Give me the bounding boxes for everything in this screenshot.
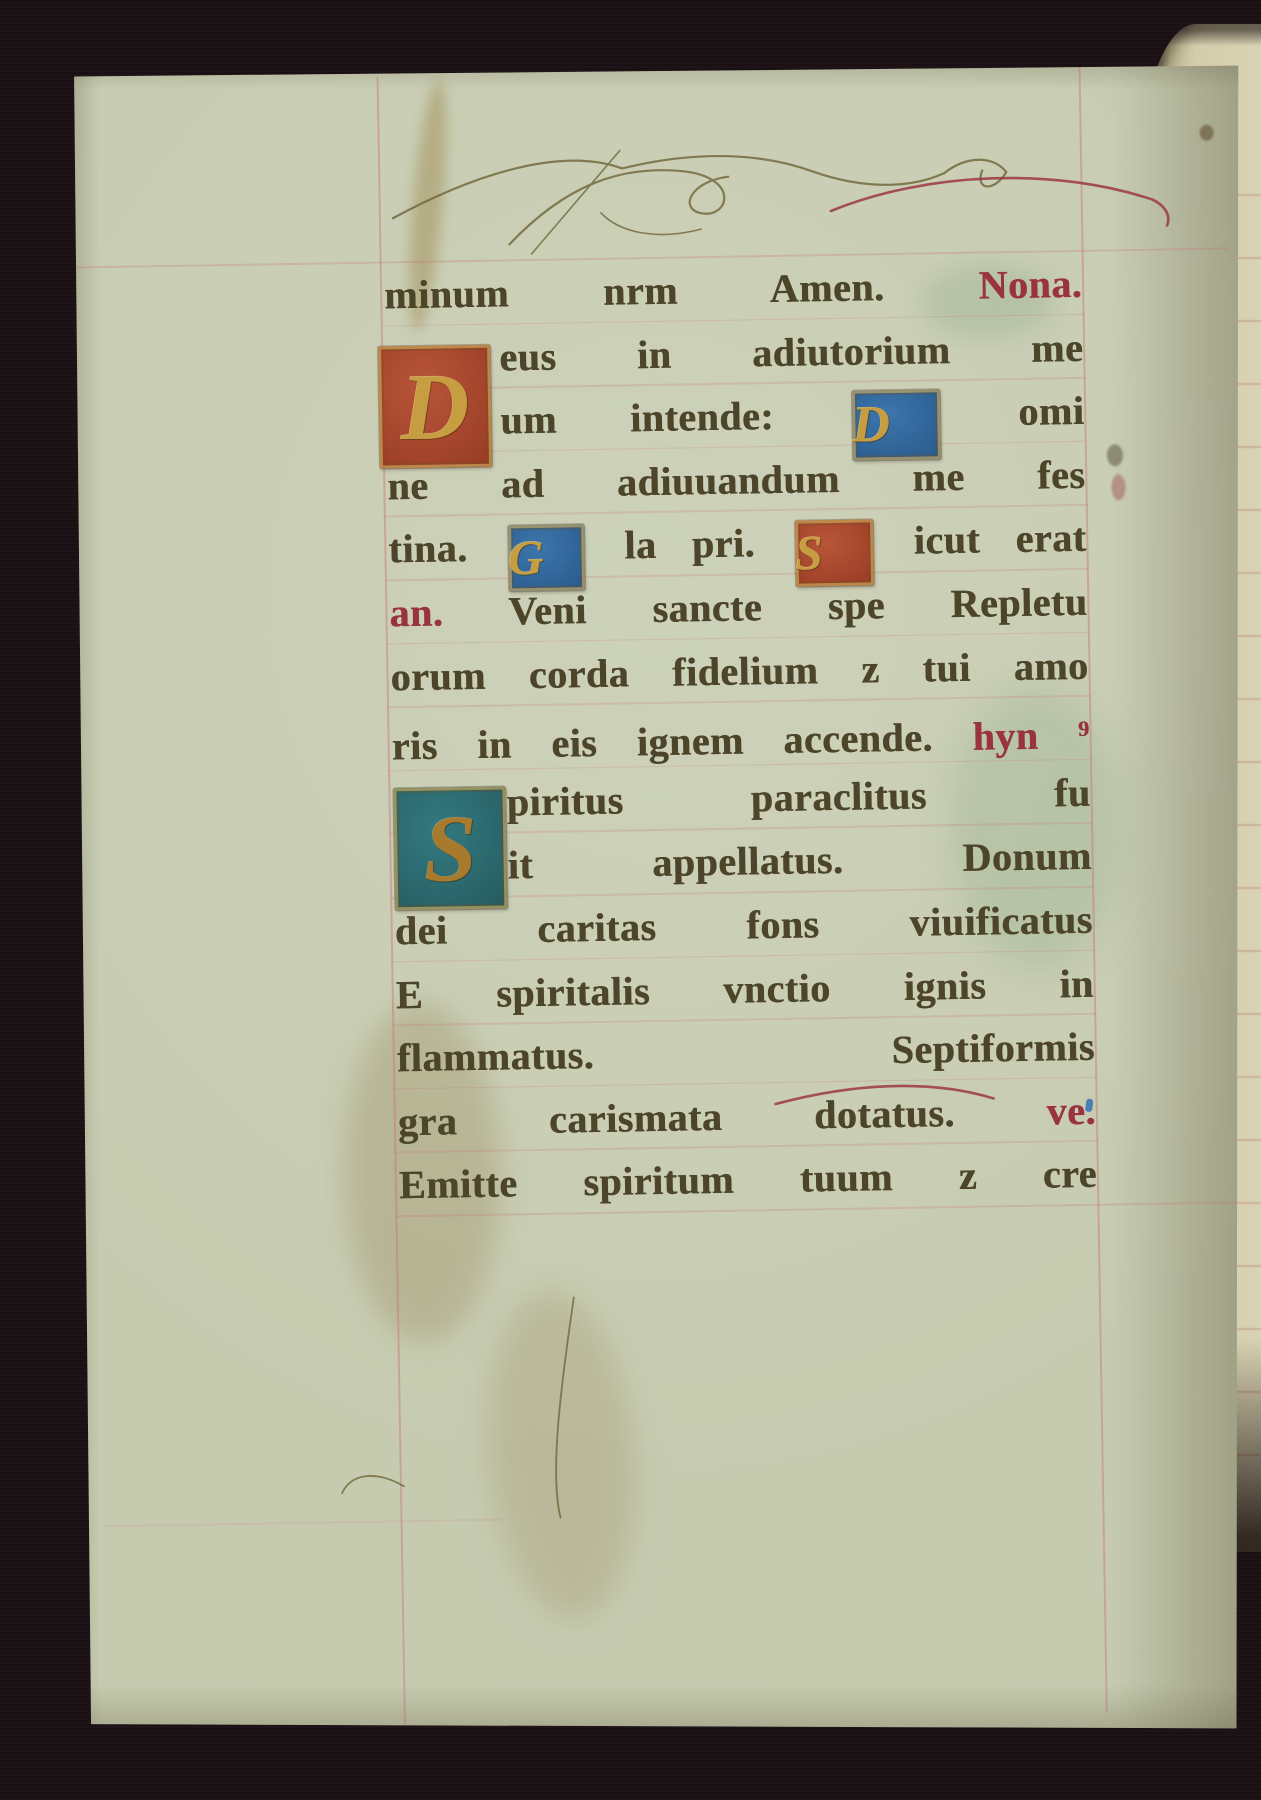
text-run: icut erat xyxy=(913,515,1086,563)
text-run: tina. xyxy=(388,525,468,571)
ruling-line xyxy=(103,1519,503,1527)
manuscript-page: minum nrm Amen. Nona. eus in adiutorium … xyxy=(70,64,1240,1730)
text-run: Emitte spiritum tuum z cre xyxy=(399,1151,1098,1208)
descender-hairline xyxy=(553,1297,577,1517)
rubric-run: hyn xyxy=(972,713,1039,759)
text-line-1: minum nrm Amen. Nona. xyxy=(384,252,1083,328)
initial-letter: S xyxy=(393,786,507,910)
text-run: ris in eis ignem accende. xyxy=(391,715,933,769)
text-line-7: orum corda fidelium z tui amo xyxy=(390,633,1089,709)
text-run: gra carismata dotatus. xyxy=(398,1090,956,1144)
text-line-9: piritus paraclitus fu xyxy=(506,761,1091,835)
text-line-13: flammatus. Septiformis xyxy=(396,1015,1095,1091)
parchment-stain xyxy=(475,1285,648,1626)
text-run: um intende: xyxy=(500,393,774,443)
e-swash xyxy=(342,1475,404,1493)
rubric-run: Nona. xyxy=(978,261,1082,308)
ruling-lines xyxy=(58,54,1228,73)
text-line-14: gra carismata dotatus. ve. xyxy=(397,1079,1096,1155)
cadel-flourish xyxy=(392,160,623,218)
cadel-flourish xyxy=(530,150,622,253)
text-line-6: an. Veni sancte spe Repletu xyxy=(389,570,1088,646)
cadel-flourish xyxy=(601,211,701,235)
text-block: minum nrm Amen. Nona. eus in adiutorium … xyxy=(58,54,1228,73)
text-run: it appellatus. Donum xyxy=(507,833,1092,888)
parchment-stain xyxy=(1199,125,1213,141)
text-line-2: eus in adiutorium me xyxy=(499,315,1084,389)
text-run: omi xyxy=(1018,388,1085,434)
text-run: eus in adiutorium me xyxy=(499,324,1084,379)
drop-cap-D: D xyxy=(378,345,492,469)
drop-cap-S: S xyxy=(393,786,507,910)
rubric-run: an. xyxy=(389,589,443,635)
text-line-3: um intende: D omi xyxy=(500,379,1085,453)
parchment-stain xyxy=(1107,444,1123,466)
text-line-8: ris in eis ignem accende. hyn 9 xyxy=(391,697,1090,773)
photo-backdrop: minum nrm Amen. Nona. eus in adiutorium … xyxy=(0,0,1261,1800)
text-run: la pri. xyxy=(624,521,755,568)
cadel-flourish xyxy=(508,169,729,244)
text-line-5: tina. G la pri. S icut erat xyxy=(388,506,1087,582)
rubric-flourish xyxy=(830,175,1168,231)
text-run: minum nrm Amen. xyxy=(384,264,885,317)
page-content: minum nrm Amen. Nona. eus in adiutorium … xyxy=(58,54,1255,1739)
cadel-flourish xyxy=(622,152,944,189)
cadel-flourish xyxy=(944,159,1006,187)
text-run: Veni sancte spe Repletu xyxy=(508,579,1088,634)
parchment-stain xyxy=(1111,474,1125,500)
text-line-12: E spiritalis vnctio ignis in xyxy=(395,951,1094,1027)
initial-letter: D xyxy=(378,345,492,469)
rubric-run: 9 xyxy=(1078,716,1090,741)
text-run: E spiritalis vnctio ignis in xyxy=(395,960,1094,1017)
text-run: flammatus. Septiformis xyxy=(396,1024,1095,1081)
text-run: piritus paraclitus fu xyxy=(506,770,1091,825)
parchment-stains xyxy=(58,54,1228,73)
text-run: orum corda fidelium z tui amo xyxy=(390,642,1089,699)
drop-caps: DS xyxy=(58,54,1228,73)
text-line-15: Emitte spiritum tuum z cre xyxy=(398,1142,1097,1218)
text-line-10: it appellatus. Donum xyxy=(507,824,1092,898)
